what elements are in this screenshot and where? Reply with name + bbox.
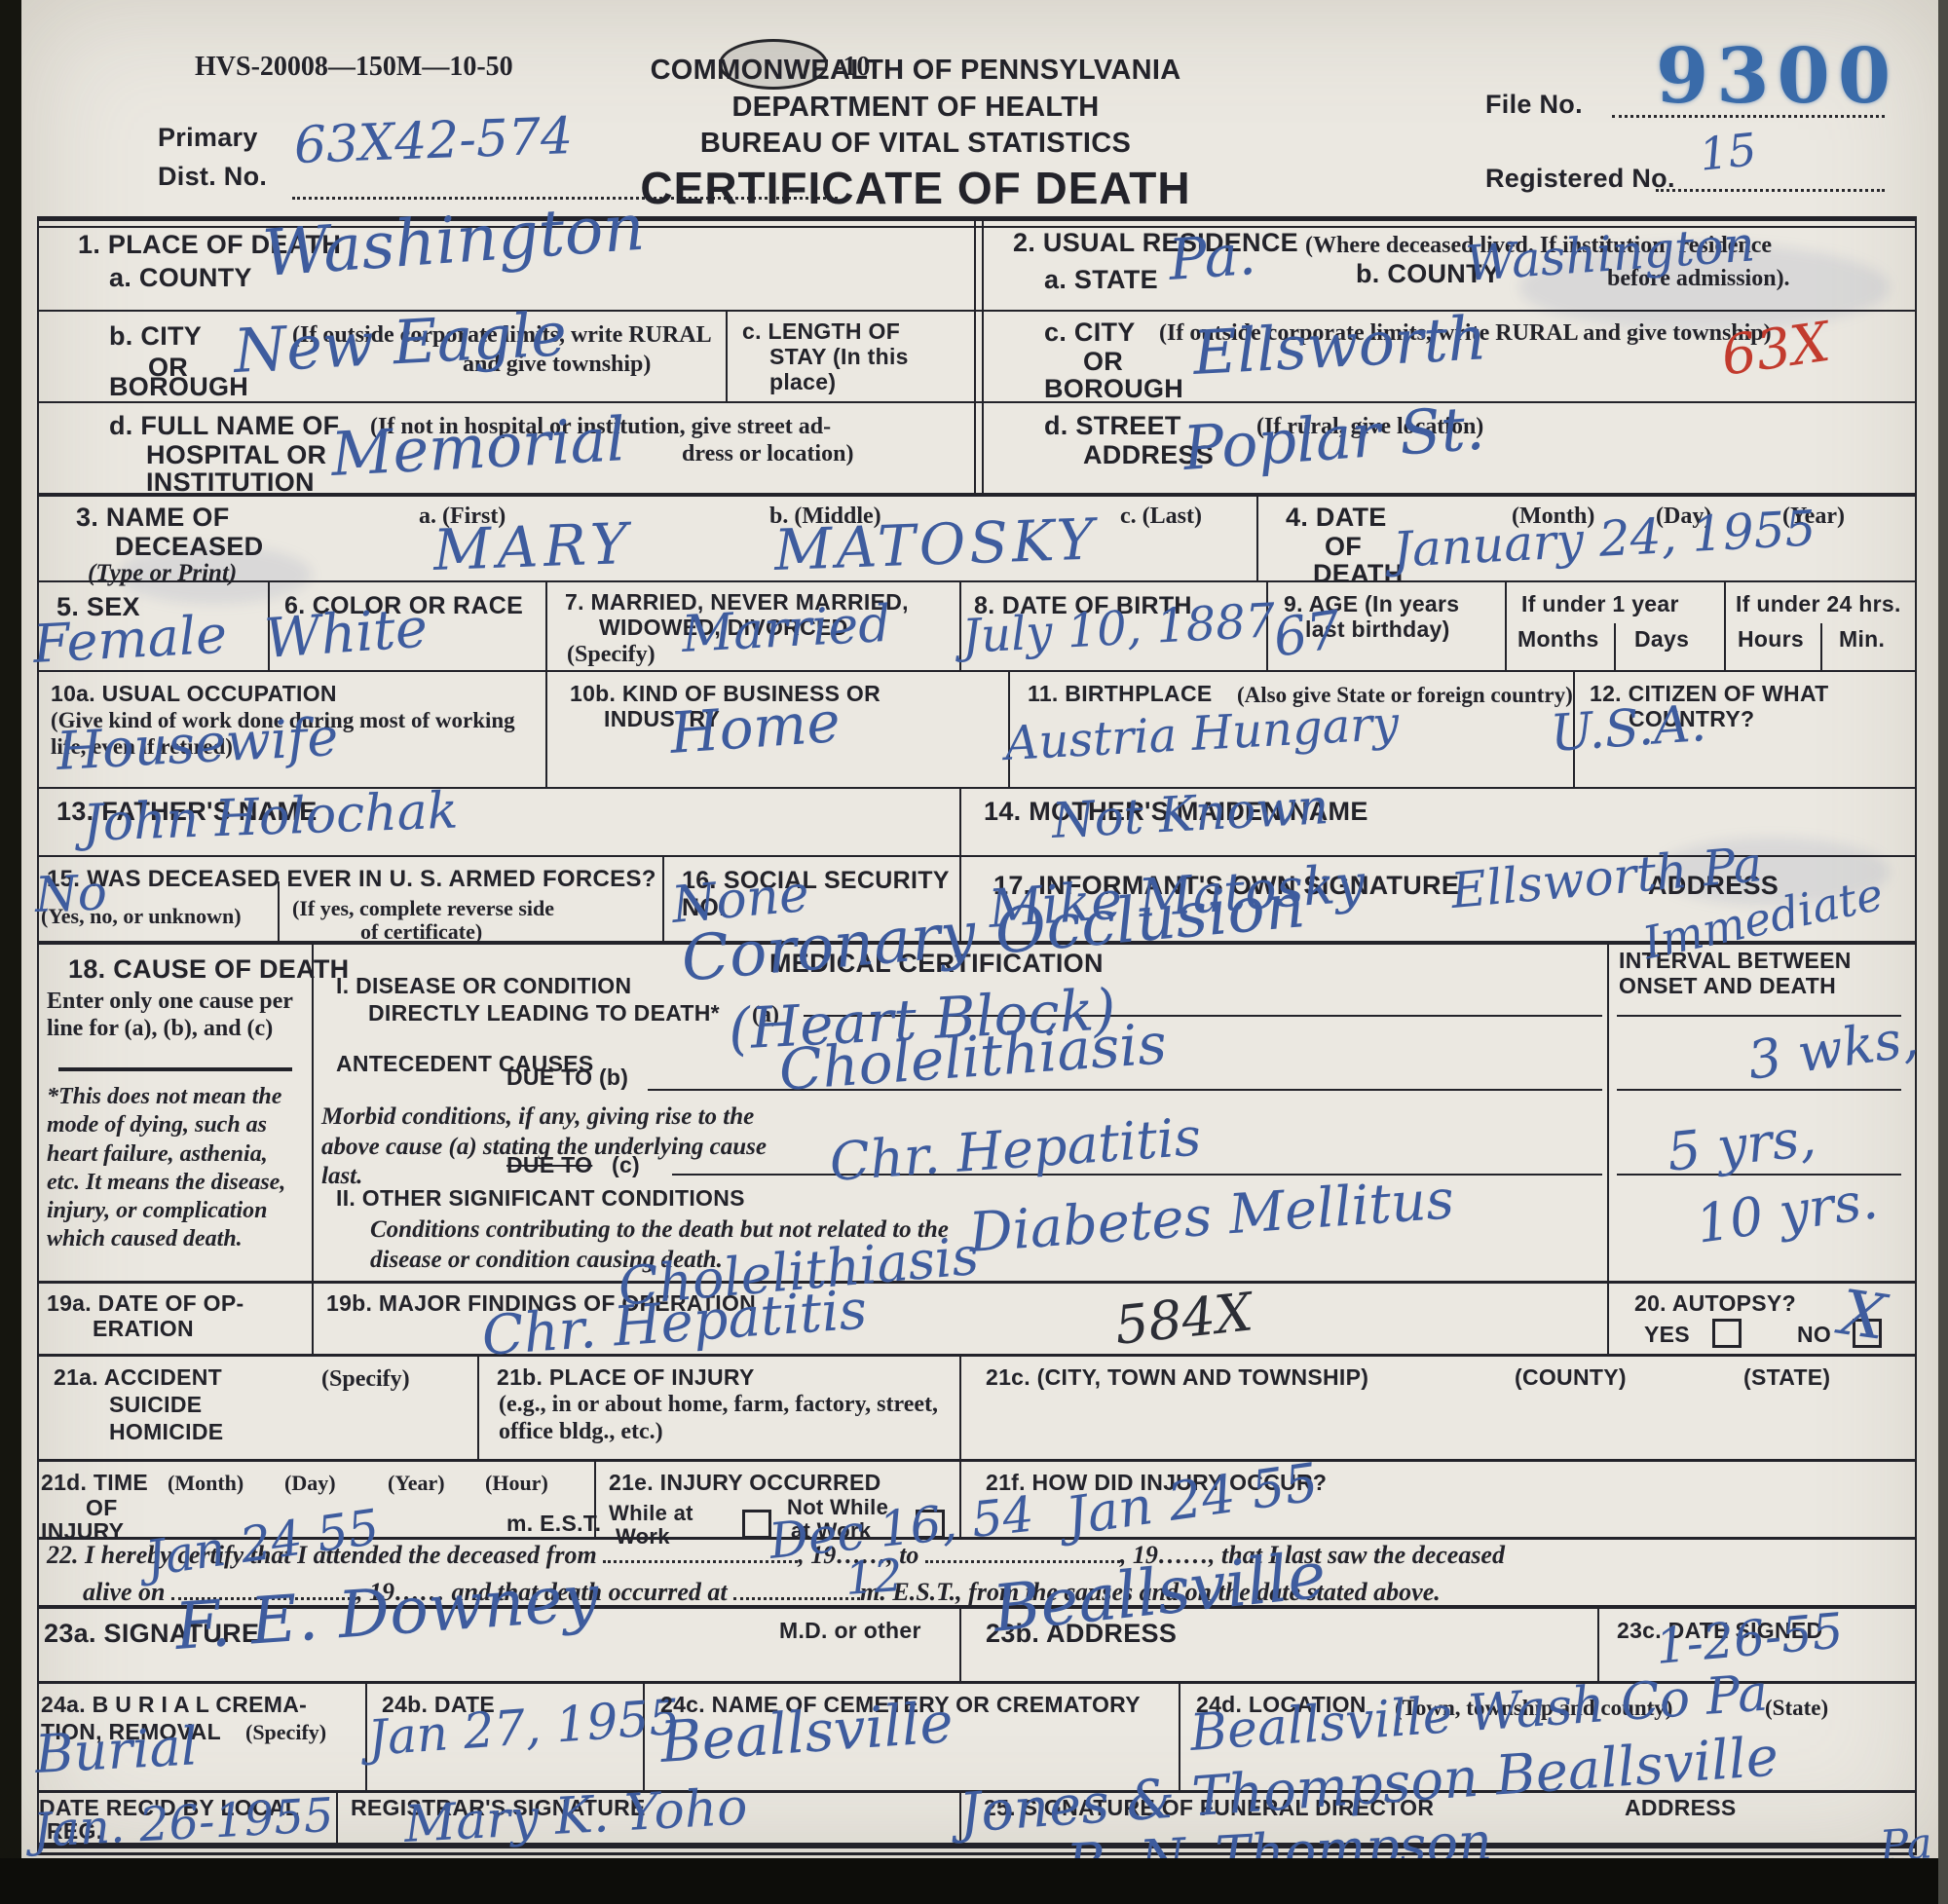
rule [37, 1459, 1917, 1462]
rule [37, 401, 974, 403]
value-first-name: MARY [432, 517, 634, 578]
interval-label-2: ONSET AND DEATH [1619, 974, 1836, 999]
rule [545, 670, 547, 787]
length-of-stay-label-3: place) [769, 370, 836, 395]
primary-dist-label: Primary [158, 123, 258, 152]
place-of-injury-label: 21b. PLACE OF INJURY [497, 1365, 755, 1391]
time-of-injury-label-2: OF [86, 1496, 118, 1521]
age-months-label: Months [1517, 627, 1599, 653]
rule [37, 1354, 1917, 1357]
rule [1820, 623, 1822, 670]
death-certificate-scan: HVS-20008—150M—10-50 -10 Primary Dist. N… [0, 0, 1948, 1904]
value-armed-forces: No [34, 870, 107, 918]
accident-label-1: 21a. ACCIDENT [54, 1365, 222, 1391]
rule [974, 216, 976, 493]
name-of-deceased-2: DECEASED [115, 532, 263, 561]
registered-no-blank [1656, 189, 1885, 192]
rule [1724, 580, 1726, 670]
primary-dist-value: 63X42-574 [293, 113, 574, 170]
gov-line-2: DEPARTMENT OF HEALTH [575, 92, 1256, 123]
field-city-label: b. CITY [109, 321, 202, 351]
value-red-code: 63X [1718, 317, 1832, 383]
value-residence-state: Pa. [1167, 228, 1257, 287]
registered-no-value: 15 [1698, 129, 1759, 177]
autopsy-label: 20. AUTOPSY? [1634, 1291, 1796, 1317]
cause-of-death-label: 18. CAUSE OF DEATH [68, 954, 349, 984]
writing-line-c [672, 1174, 1602, 1176]
cause-rule-2: *This does not mean the mode of dying, s… [47, 1083, 302, 1254]
hospital-label-3: INSTITUTION [146, 467, 315, 497]
field-residence-city-label: c. CITY [1044, 317, 1136, 347]
value-last-name: MATOSKY [773, 512, 1099, 578]
rule [959, 787, 961, 855]
rule [959, 1354, 961, 1459]
rule [365, 1681, 367, 1790]
file-no-label: File No. [1485, 90, 1583, 119]
rule [1505, 580, 1507, 670]
injury-year-label: (Year) [388, 1471, 445, 1496]
armed-forces-note-3: of certificate) [360, 919, 482, 945]
rule [726, 310, 728, 401]
value-sex: Female [32, 610, 229, 670]
certify-blank-from [603, 1560, 798, 1563]
value-residence-city: Ellsworth [1191, 310, 1487, 383]
value-findings-code: 584X [1112, 1287, 1255, 1351]
last-name-label: c. (Last) [1120, 503, 1202, 530]
rule [959, 1609, 961, 1681]
value-marital-status: Married [681, 601, 892, 660]
rule [58, 1067, 292, 1071]
rule [1256, 493, 1258, 580]
autopsy-no-mark: X [1837, 1284, 1890, 1349]
gov-line-3: BUREAU OF VITAL STATISTICS [575, 128, 1256, 159]
autopsy-yes-label: YES [1644, 1323, 1690, 1348]
length-of-stay-label-2: STAY (In this [769, 345, 909, 370]
residence-city-or: OR [1083, 347, 1123, 376]
gov-line-1: COMMONWEALTH OF PENNSYLVANIA [575, 55, 1256, 86]
injury-day-label: (Day) [284, 1471, 336, 1496]
residence-city-borough: BOROUGH [1044, 374, 1183, 403]
disease-label-2: DIRECTLY LEADING TO DEATH* [368, 1001, 720, 1027]
value-city-of-death: New Eagle [232, 306, 568, 381]
accident-label-3: HOMICIDE [109, 1420, 223, 1445]
while-at-work-label-1: While at [609, 1502, 693, 1526]
rule [37, 580, 1917, 582]
injury-county-label: (COUNTY) [1515, 1365, 1627, 1391]
occupation-label: 10a. USUAL OCCUPATION [51, 682, 337, 707]
value-age: 67 [1270, 605, 1343, 663]
marital-specify: (Specify) [567, 641, 656, 668]
rule [37, 670, 1917, 672]
due-to-c-label: DUE TO [506, 1153, 592, 1178]
time-of-injury-label-1: 21d. TIME [41, 1471, 148, 1496]
rule [662, 855, 664, 941]
value-occupation: Housewife [56, 712, 340, 776]
autopsy-yes-checkbox [1712, 1319, 1742, 1348]
value-mother-name: Not Known [1051, 784, 1330, 844]
certificate-title: CERTIFICATE OF DEATH [575, 164, 1256, 214]
file-no-stamp: 9300 [1656, 39, 1898, 115]
armed-forces-label: 15. WAS DECEASED EVER IN U. S. ARMED FOR… [47, 867, 656, 893]
rule [37, 493, 1917, 497]
rule [312, 941, 314, 1281]
place-of-injury-note: (e.g., in or about home, farm, factory, … [499, 1391, 947, 1446]
age-hours-label: Hours [1738, 627, 1804, 653]
scan-edge-right [1938, 0, 1948, 1904]
rule [1607, 941, 1609, 1281]
birthplace-label: 11. BIRTHPLACE [1028, 682, 1213, 707]
length-of-stay-label-1: c. LENGTH OF [742, 319, 900, 345]
date-of-death-1: 4. DATE [1286, 503, 1387, 532]
scan-edge-bottom [0, 1858, 1948, 1904]
registered-no-label: Registered No. [1485, 164, 1675, 193]
value-death-hour: 12 [843, 1554, 903, 1601]
rule [982, 216, 984, 493]
value-father-name: John Holochak [82, 788, 459, 849]
morbid-note: Morbid conditions, if any, giving rise t… [321, 1102, 799, 1192]
primary-dist-no-label: Dist. No. [158, 162, 267, 191]
form-number: HVS-20008—150M—10-50 [195, 51, 513, 83]
location-state-note: (State) [1765, 1695, 1828, 1721]
injury-mest-label: m. E.S.T. [506, 1512, 601, 1537]
injury-hour-label: (Hour) [485, 1471, 548, 1496]
rule [1614, 623, 1616, 670]
accident-specify-note: (Specify) [321, 1365, 410, 1393]
rule [336, 1790, 338, 1843]
field-residence-state-label: a. STATE [1044, 265, 1158, 294]
cause-rule-1: Enter only one cause per line for (a), (… [47, 988, 300, 1043]
date-of-death-2: OF [1325, 532, 1362, 561]
certify-blank-hour [733, 1597, 860, 1600]
burial-label-1: 24a. B U R I A L CREMA- [41, 1693, 307, 1718]
other-conditions-label: II. OTHER SIGNIFICANT CONDITIONS [336, 1186, 745, 1212]
rule [477, 1354, 479, 1459]
due-to-c-tag: (c) [612, 1153, 640, 1178]
hospital-note-2: dress or location) [682, 440, 853, 467]
field-county-label: a. COUNTY [109, 263, 252, 292]
rule [1607, 1281, 1609, 1354]
injury-month-label: (Month) [168, 1471, 243, 1496]
date-operation-label-1: 19a. DATE OF OP- [47, 1291, 243, 1317]
street-label-1: d. STREET [1044, 411, 1181, 440]
injury-state-label: (STATE) [1743, 1365, 1830, 1391]
date-of-death-3: DEATH [1313, 559, 1404, 588]
armed-forces-note-2: (If yes, complete reverse side [292, 896, 554, 921]
funeral-address-label: ADDRESS [1625, 1796, 1737, 1821]
accident-label-2: SUICIDE [109, 1393, 202, 1418]
hospital-label-2: HOSPITAL OR [146, 440, 326, 469]
autopsy-no-label: NO [1797, 1323, 1831, 1348]
hospital-label-1: d. FULL NAME OF [109, 411, 339, 440]
burial-specify-note: (Specify) [245, 1720, 326, 1745]
scan-edge-left [0, 0, 21, 1904]
rule [37, 1852, 1917, 1855]
md-or-other-label: M.D. or other [779, 1619, 921, 1644]
name-of-deceased-1: 3. NAME OF [76, 503, 230, 532]
value-business: Home [668, 695, 842, 761]
age-under24-label: If under 24 hrs. [1736, 592, 1901, 617]
value-citizen: U.S.A. [1549, 700, 1707, 759]
rule [1597, 1609, 1599, 1681]
date-operation-label-2: ERATION [93, 1317, 194, 1342]
name-of-deceased-3: (Type or Print) [88, 559, 237, 589]
value-color-race: White [263, 602, 429, 665]
rule [545, 580, 547, 670]
age-min-label: Min. [1839, 627, 1885, 653]
disease-label-1: I. DISEASE OR CONDITION [336, 974, 631, 999]
field-city-borough: BOROUGH [109, 372, 248, 401]
age-under1-label: If under 1 year [1521, 592, 1679, 617]
due-to-b-label: DUE TO (b) [506, 1065, 628, 1091]
value-interval-c: 5 yrs, [1665, 1112, 1817, 1177]
injury-city-label: 21c. (CITY, TOWN AND TOWNSHIP) [986, 1365, 1368, 1391]
injury-occurred-label: 21e. INJURY OCCURRED [609, 1471, 881, 1496]
age-days-label: Days [1634, 627, 1689, 653]
value-hospital: Memorial [329, 411, 626, 484]
value-burial: Burial [34, 1721, 199, 1779]
rule [312, 1281, 314, 1354]
